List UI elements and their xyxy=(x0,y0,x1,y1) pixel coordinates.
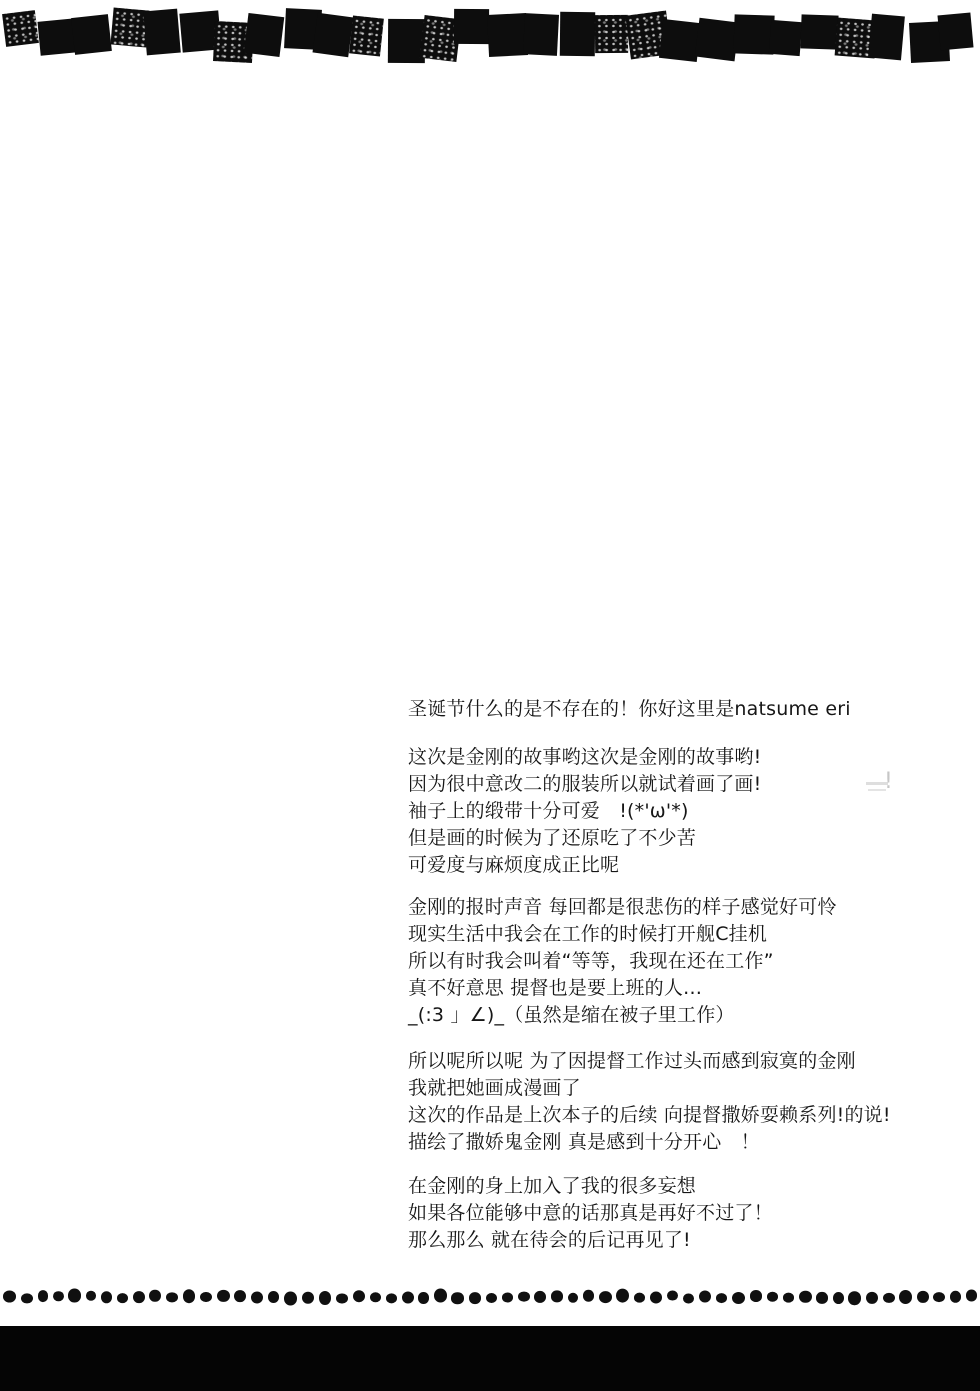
dot xyxy=(699,1290,711,1303)
dot xyxy=(284,1292,297,1305)
text-line: 在金刚的身上加入了我的很多妄想 xyxy=(408,1173,773,1200)
dot xyxy=(616,1289,629,1303)
dot xyxy=(716,1293,727,1303)
dot xyxy=(38,1290,49,1301)
text-line: 所以有时我会叫着“等等，我现在还在工作” xyxy=(408,948,837,975)
dot xyxy=(767,1292,778,1301)
dot xyxy=(502,1293,513,1303)
dot xyxy=(816,1292,828,1303)
text-line: 圣诞节什么的是不存在的！你好这里是natsume eri xyxy=(408,696,851,723)
dot xyxy=(402,1291,414,1303)
dot xyxy=(268,1291,279,1303)
dot xyxy=(370,1292,381,1302)
text-line: 现实生活中我会在工作的时候打开舰C挂机 xyxy=(408,921,837,948)
dot xyxy=(534,1291,546,1303)
dot xyxy=(319,1291,332,1305)
text-line: 这次的作品是上次本子的后续 向提督撒娇耍赖系列!的说! xyxy=(408,1102,891,1129)
text-line: 但是画的时候为了还原吃了不少苦 xyxy=(408,825,761,852)
dot xyxy=(732,1292,745,1304)
dot xyxy=(599,1291,612,1303)
dot xyxy=(933,1292,945,1302)
text-line: 所以呢所以呢 为了因提督工作过头而感到寂寞的金刚 xyxy=(408,1048,891,1075)
dot xyxy=(353,1290,366,1303)
dot xyxy=(183,1289,196,1303)
dot xyxy=(848,1292,861,1305)
paragraph: 所以呢所以呢 为了因提督工作过头而感到寂寞的金刚我就把她画成漫画了这次的作品是上… xyxy=(408,1048,891,1156)
dot xyxy=(568,1293,579,1304)
dot xyxy=(783,1293,794,1303)
text-line: 袖子上的缎带十分可爱 !(*'ω'*) xyxy=(408,798,761,825)
dot xyxy=(434,1289,447,1302)
dot xyxy=(451,1293,464,1304)
dot xyxy=(469,1292,482,1304)
dot xyxy=(650,1291,663,1303)
dot xyxy=(866,1291,878,1304)
paragraph: 这次是金刚的故事哟这次是金刚的故事哟!因为很中意改二的服装所以就试着画了画!袖子… xyxy=(408,744,761,879)
dot xyxy=(486,1293,497,1303)
stray-ink-mark: ! xyxy=(884,768,893,795)
dot xyxy=(149,1289,161,1302)
dot xyxy=(133,1291,145,1304)
text-line: 如果各位能够中意的话那真是再好不过了！ xyxy=(408,1200,773,1227)
text-line: 可爱度与麻烦度成正比呢 xyxy=(408,852,761,879)
dot xyxy=(917,1291,929,1304)
dot xyxy=(551,1291,563,1302)
text-line: 我就把她画成漫画了 xyxy=(408,1075,891,1102)
dot xyxy=(217,1290,230,1302)
dot xyxy=(302,1291,314,1304)
text-line: _(:3 」∠)_（虽然是缩在被子里工作） xyxy=(408,1002,837,1029)
dot xyxy=(101,1291,112,1303)
text-line: 真不好意思 提督也是要上班的人… xyxy=(408,975,837,1002)
dot xyxy=(518,1291,530,1302)
dot xyxy=(68,1289,81,1302)
dot xyxy=(200,1292,212,1303)
dot xyxy=(833,1292,844,1304)
dot xyxy=(418,1292,429,1303)
dot xyxy=(53,1291,64,1301)
text-line: 那么那么 就在待会的后记再见了! xyxy=(408,1227,773,1254)
dot xyxy=(950,1291,961,1302)
dot xyxy=(966,1290,977,1302)
doujin-afterword-page: 圣诞节什么的是不存在的！你好这里是natsume eri这次是金刚的故事哟这次是… xyxy=(0,0,980,1391)
dot xyxy=(750,1290,763,1301)
dot xyxy=(336,1293,348,1304)
dot xyxy=(21,1293,34,1304)
dot xyxy=(799,1290,812,1303)
text-line: 金刚的报时声音 每回都是很悲伤的样子感觉好可怜 xyxy=(408,894,837,921)
paragraph: 在金刚的身上加入了我的很多妄想如果各位能够中意的话那真是再好不过了！那么那么 就… xyxy=(408,1173,773,1254)
dot xyxy=(899,1290,912,1303)
bottom-dot-border xyxy=(0,1287,980,1307)
dot xyxy=(3,1291,16,1302)
dot xyxy=(667,1290,678,1301)
paragraph: 圣诞节什么的是不存在的！你好这里是natsume eri xyxy=(408,696,851,723)
dot xyxy=(86,1291,97,1301)
text-line: 因为很中意改二的服装所以就试着画了画! xyxy=(408,771,761,798)
dot xyxy=(883,1293,895,1303)
dot xyxy=(683,1293,694,1304)
dot xyxy=(386,1294,397,1304)
bottom-black-bar xyxy=(0,1326,980,1391)
dot xyxy=(251,1291,264,1303)
dot xyxy=(117,1293,128,1302)
dot xyxy=(234,1290,246,1303)
dot xyxy=(634,1293,645,1302)
paragraph: 金刚的报时声音 每回都是很悲伤的样子感觉好可怜现实生活中我会在工作的时候打开舰C… xyxy=(408,894,837,1029)
dot xyxy=(583,1290,594,1302)
afterword-text: 圣诞节什么的是不存在的！你好这里是natsume eri这次是金刚的故事哟这次是… xyxy=(0,0,980,1391)
dot xyxy=(166,1292,178,1303)
text-line: 描绘了撒娇鬼金刚 真是感到十分开心 ！ xyxy=(408,1129,891,1156)
text-line: 这次是金刚的故事哟这次是金刚的故事哟! xyxy=(408,744,761,771)
